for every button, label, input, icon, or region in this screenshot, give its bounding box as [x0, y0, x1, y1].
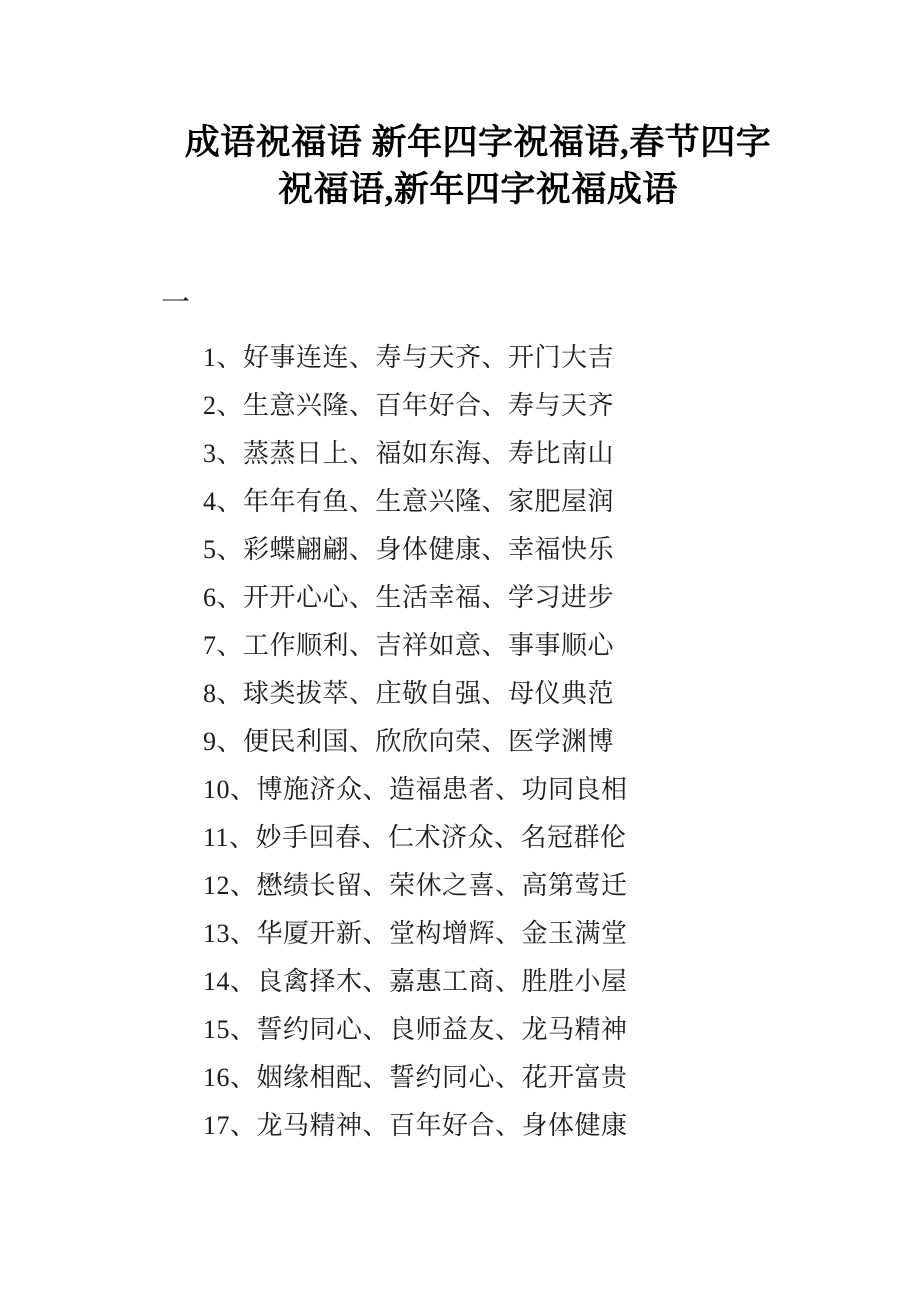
list-item: 6、开开心心、生活幸福、学习进步 — [203, 574, 628, 622]
list-item: 4、年年有鱼、生意兴隆、家肥屋润 — [203, 478, 628, 526]
blessing-list: 1、好事连连、寿与天齐、开门大吉 2、生意兴隆、百年好合、寿与天齐 3、蒸蒸日上… — [203, 334, 628, 1150]
title-line-1: 成语祝福语 新年四字祝福语,春节四字 — [36, 119, 920, 166]
section-marker: 一 — [161, 286, 190, 320]
list-item: 7、工作顺利、吉祥如意、事事顺心 — [203, 622, 628, 670]
list-item: 10、博施济众、造福患者、功同良相 — [203, 766, 628, 814]
list-item: 11、妙手回春、仁术济众、名冠群伦 — [203, 814, 628, 862]
list-item: 8、球类拔萃、庄敬自强、母仪典范 — [203, 670, 628, 718]
list-item: 13、华厦开新、堂构增辉、金玉满堂 — [203, 910, 628, 958]
list-item: 9、便民利国、欣欣向荣、医学渊博 — [203, 718, 628, 766]
list-item: 15、誓约同心、良师益友、龙马精神 — [203, 1006, 628, 1054]
list-item: 1、好事连连、寿与天齐、开门大吉 — [203, 334, 628, 382]
title-line-2: 祝福语,新年四字祝福成语 — [36, 166, 920, 213]
list-item: 17、龙马精神、百年好合、身体健康 — [203, 1102, 628, 1150]
list-item: 12、懋绩长留、荣休之喜、高第莺迁 — [203, 862, 628, 910]
list-item: 2、生意兴隆、百年好合、寿与天齐 — [203, 382, 628, 430]
list-item: 14、良禽择木、嘉惠工商、胜胜小屋 — [203, 958, 628, 1006]
list-item: 16、姻缘相配、誓约同心、花开富贵 — [203, 1054, 628, 1102]
list-item: 5、彩蝶翩翩、身体健康、幸福快乐 — [203, 526, 628, 574]
document-page: 成语祝福语 新年四字祝福语,春节四字 祝福语,新年四字祝福成语 一 1、好事连连… — [0, 0, 920, 1302]
list-item: 3、蒸蒸日上、福如东海、寿比南山 — [203, 430, 628, 478]
document-title: 成语祝福语 新年四字祝福语,春节四字 祝福语,新年四字祝福成语 — [36, 119, 920, 213]
